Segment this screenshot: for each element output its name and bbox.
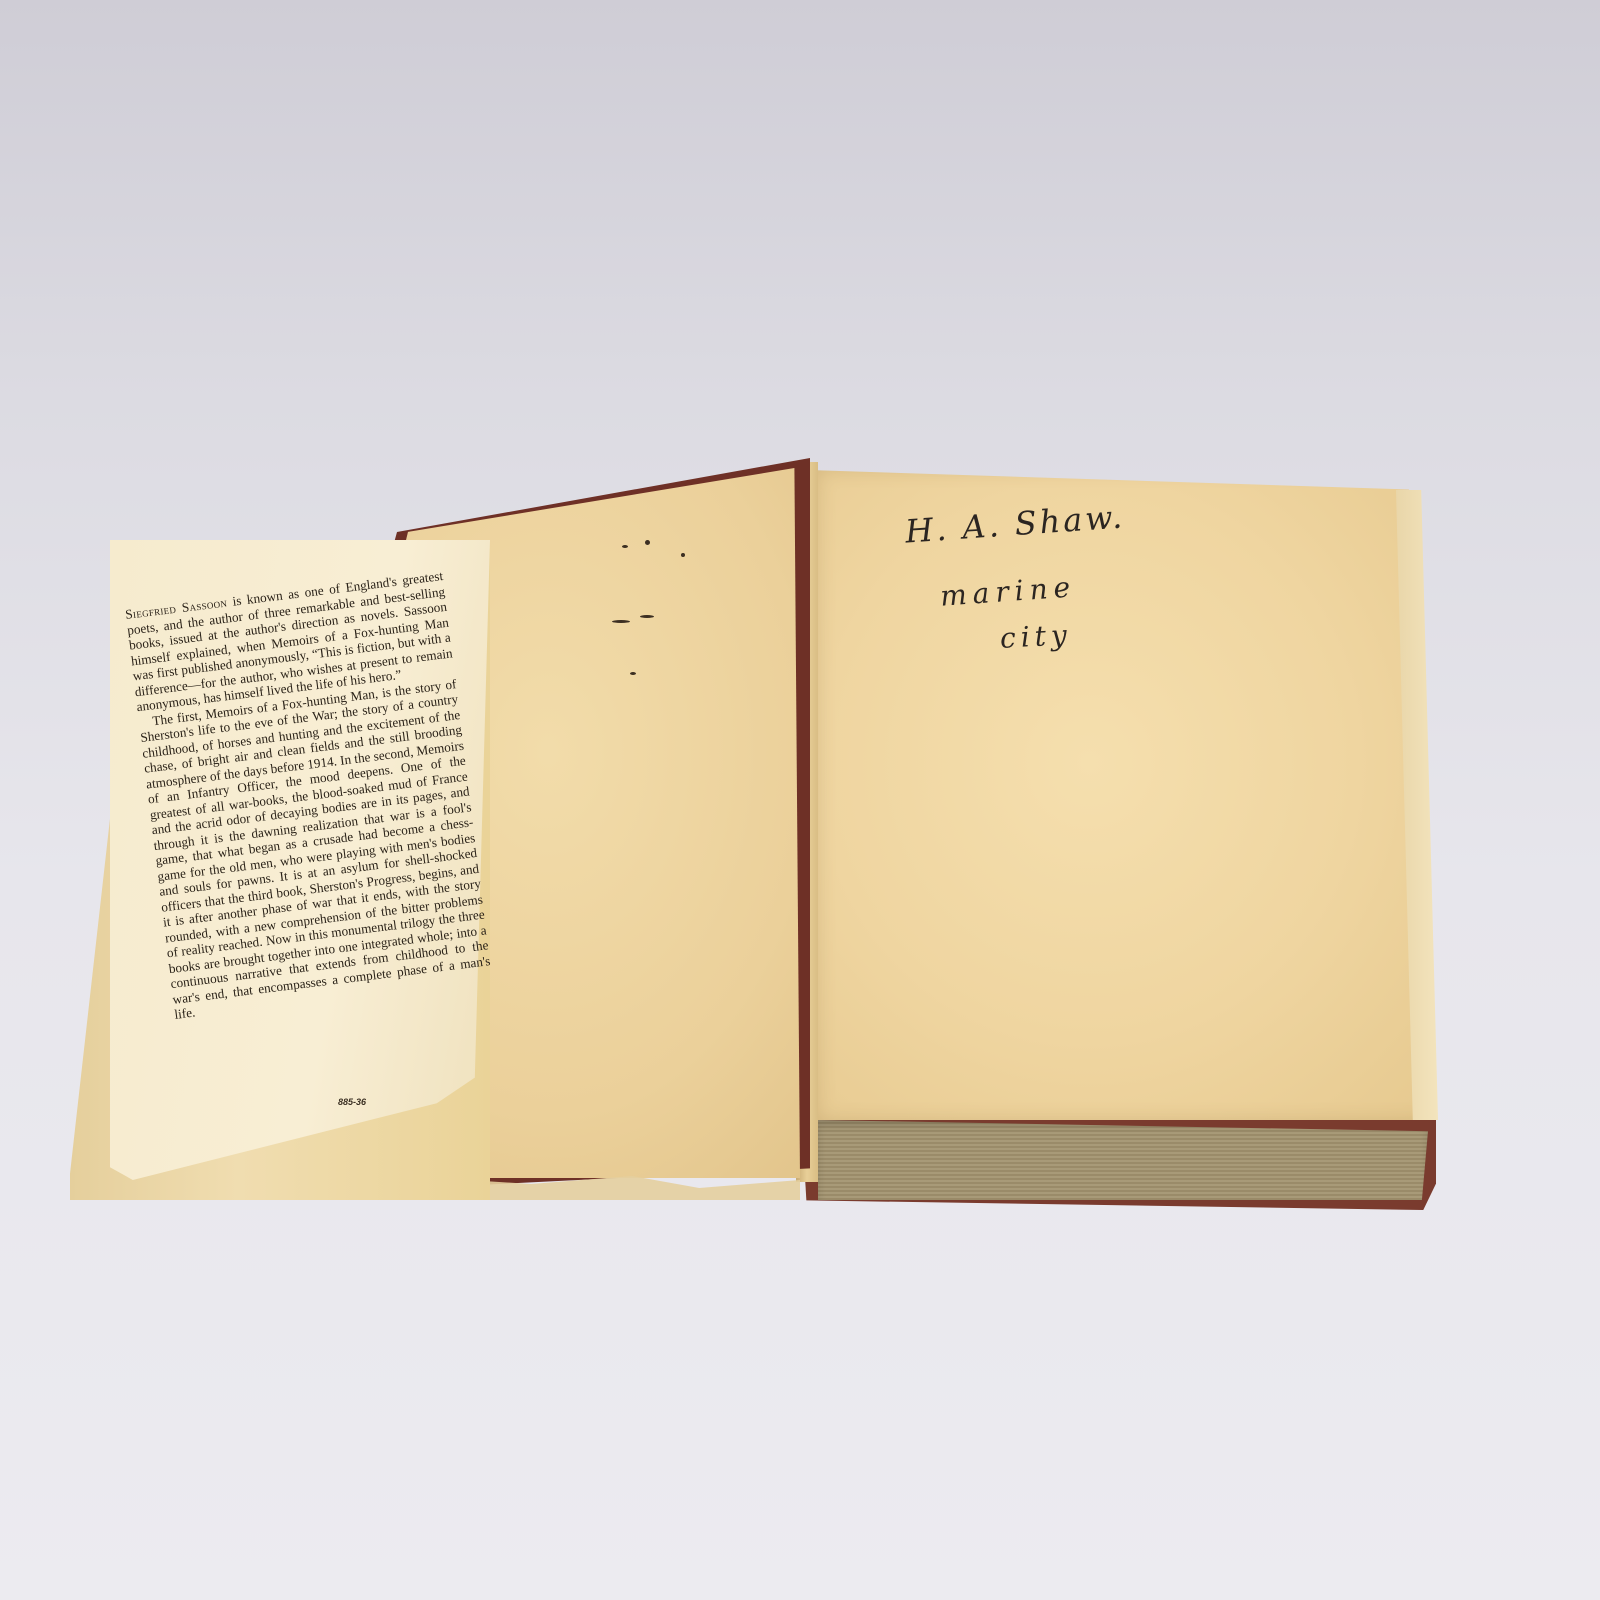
foxing-speck — [630, 672, 636, 675]
jacket-blurb-text: Siegfried Sassoon is known as one of Eng… — [124, 568, 493, 1022]
foxing-speck — [681, 553, 685, 557]
foxing-speck — [640, 615, 654, 618]
photo-scene: Siegfried Sassoon is known as one of Eng… — [0, 0, 1600, 1600]
foxing-speck — [645, 540, 650, 545]
blurb-paragraph-2: The first, Memoirs of a Fox-hunting Man,… — [138, 676, 493, 1023]
jacket-price-code: 885-36 — [338, 1097, 366, 1107]
foxing-speck — [612, 620, 630, 623]
inscription-line-3: city — [999, 618, 1072, 655]
foxing-speck — [622, 545, 628, 548]
page-block-edges — [818, 1120, 1428, 1200]
rear-free-endpaper — [808, 470, 1434, 1120]
